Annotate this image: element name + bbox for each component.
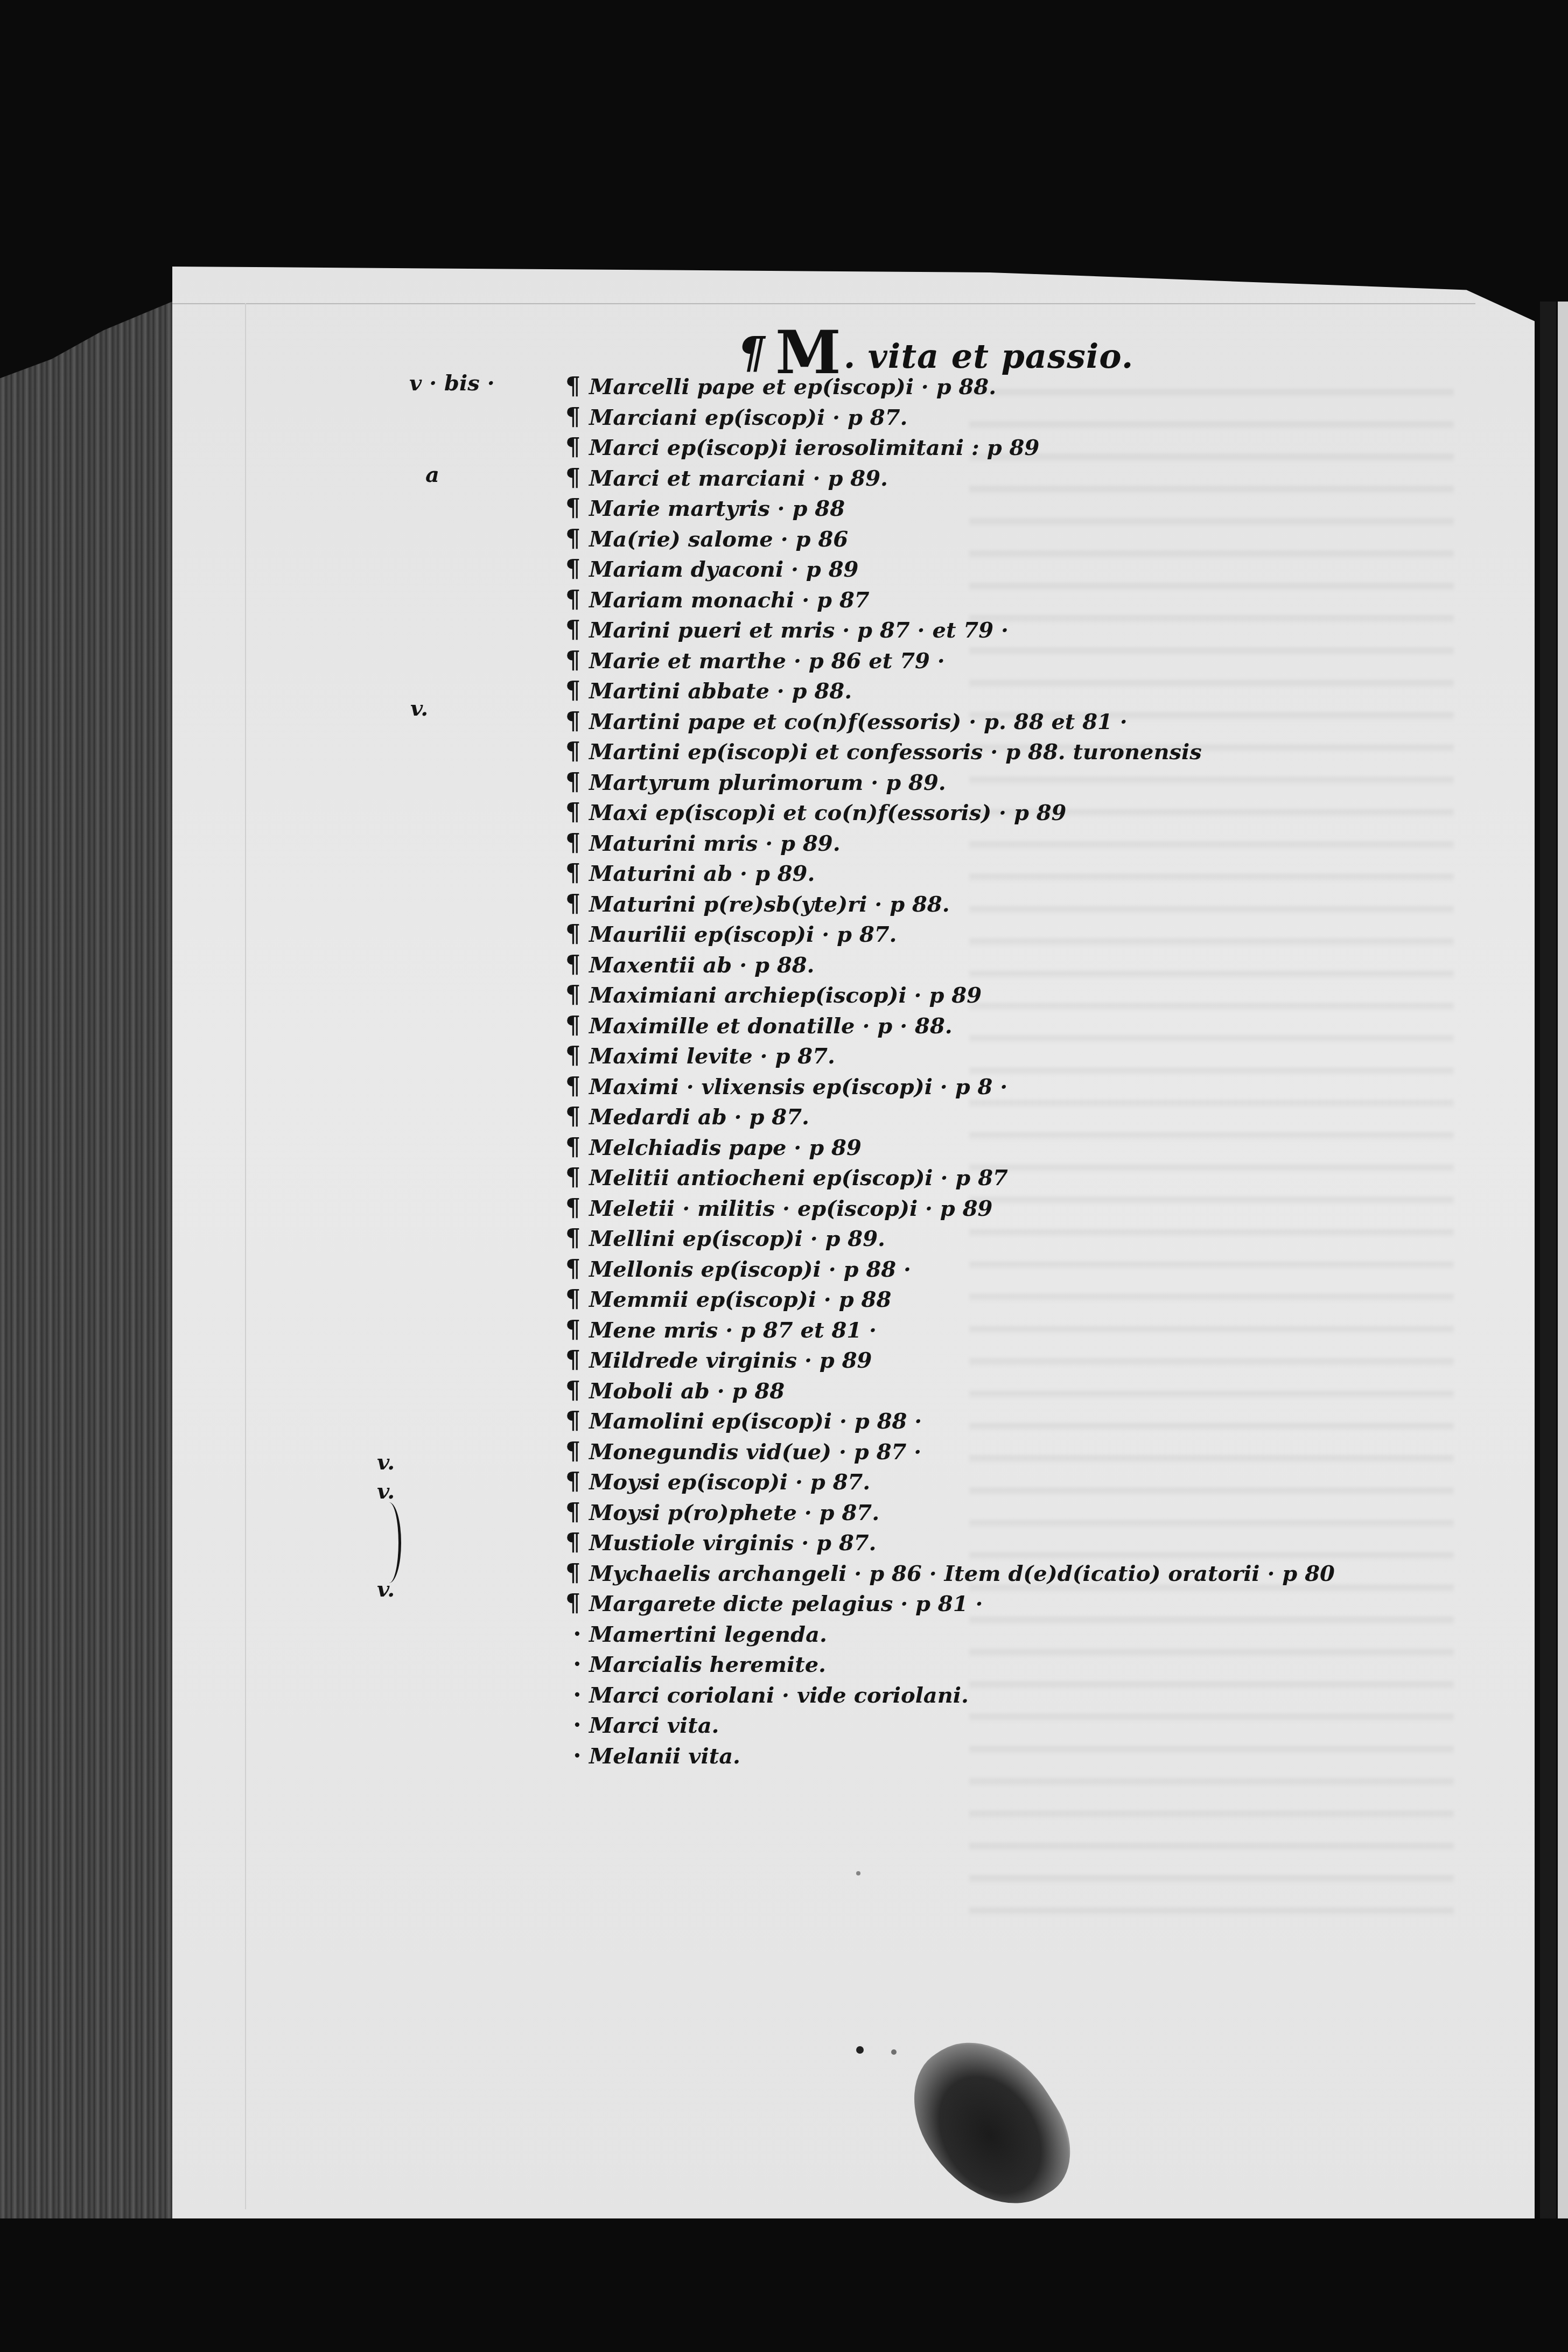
pilcrow-icon: ¶	[565, 1497, 589, 1528]
index-entry: ¶Mychaelis archangeli · p 86 · Item d(e)…	[565, 1558, 1535, 1589]
index-entry: ¶Memmii ep(iscop)i · p 88	[565, 1284, 1535, 1315]
index-entry-added: ·Mamertini legenda.	[565, 1619, 1535, 1650]
entry-text: Marci coriolani · vide coriolani.	[589, 1683, 969, 1708]
index-entry: ¶Marciani ep(iscop)i · p 87.	[565, 402, 1535, 433]
entry-text: Marcelli pape et ep(iscop)i · p 88.	[589, 374, 996, 400]
pilcrow-icon: ¶	[565, 1558, 589, 1588]
index-entry: ¶Medardi ab · p 87.	[565, 1102, 1535, 1132]
entry-text: Martini ep(iscop)i et confessoris · p 88…	[589, 739, 1202, 765]
entry-text: Maturini mris · p 89.	[589, 831, 841, 856]
pilcrow-icon: ¶	[565, 1467, 589, 1497]
index-entry-added: ·Marci coriolani · vide coriolani.	[565, 1680, 1535, 1711]
entry-text: Maxi ep(iscop)i et co(n)f(essoris) · p 8…	[589, 800, 1066, 825]
pilcrow-icon: ¶	[565, 646, 589, 676]
margin-brace	[377, 1502, 401, 1583]
pilcrow-icon: ¶	[565, 585, 589, 615]
pilcrow-icon: ¶	[565, 432, 589, 463]
index-entry: ¶Mildrede virginis · p 89	[565, 1345, 1535, 1376]
entry-text: Moysi ep(iscop)i · p 87.	[589, 1469, 870, 1495]
pilcrow-icon: ¶	[565, 493, 589, 523]
entry-text: Maximille et donatille · p · 88.	[589, 1013, 953, 1039]
index-entry: ¶Mene mris · p 87 et 81 ·	[565, 1315, 1535, 1346]
entry-text: Mustiole virginis · p 87.	[589, 1530, 877, 1556]
entry-text: Ma(rie) salome · p 86	[589, 527, 848, 552]
entry-text: Martini pape et co(n)f(essoris) · p. 88 …	[589, 709, 1128, 734]
pilcrow-icon: ¶	[565, 1072, 589, 1102]
facing-page-shadow	[1540, 302, 1556, 2218]
index-entry: ¶Mellini ep(iscop)i · p 89.	[565, 1223, 1535, 1254]
index-entry: ¶Marini pueri et mris · p 87 · et 79 ·	[565, 615, 1535, 646]
index-entry: ¶Mariam monachi · p 87	[565, 585, 1535, 615]
entry-text: Melanii vita.	[589, 1744, 740, 1769]
entry-text: Maximi levite · p 87.	[589, 1044, 835, 1069]
margin-note-martini: v.	[410, 696, 428, 721]
entry-text: Monegundis vid(ue) · p 87 ·	[589, 1439, 921, 1465]
index-entry: ¶Monegundis vid(ue) · p 87 ·	[565, 1437, 1535, 1467]
entry-text: Maurilii ep(iscop)i · p 87.	[589, 922, 897, 947]
index-entry: ¶Moboli ab · p 88	[565, 1376, 1535, 1406]
pilcrow-icon: ¶	[565, 554, 589, 584]
pilcrow-icon: ¶	[565, 615, 589, 645]
index-entry: ¶Martyrum plurimorum · p 89.	[565, 767, 1535, 798]
entry-text: Marie martyris · p 88	[589, 496, 845, 521]
index-entry: ¶Mamolini ep(iscop)i · p 88 ·	[565, 1406, 1535, 1437]
entry-text: Maturini ab · p 89.	[589, 861, 815, 886]
pilcrow-icon: ¶	[565, 889, 589, 919]
index-entry: ¶Mariam dyaconi · p 89	[565, 554, 1535, 585]
index-entry: ¶Meletii · militis · ep(iscop)i · p 89	[565, 1193, 1535, 1224]
pilcrow-icon: ¶	[565, 767, 589, 797]
index-entry: ¶Melchiadis pape · p 89	[565, 1132, 1535, 1163]
entry-text: Marciani ep(iscop)i · p 87.	[589, 405, 907, 430]
entry-text: Melitii antiocheni ep(iscop)i · p 87	[589, 1165, 1008, 1191]
bullet-dot-icon: ·	[565, 1619, 589, 1649]
index-entry: ¶Maximiani archiep(iscop)i · p 89	[565, 980, 1535, 1011]
margin-note-margarete: v.	[377, 1450, 395, 1475]
entry-text: Moysi p(ro)phete · p 87.	[589, 1500, 879, 1525]
entry-text: Martyrum plurimorum · p 89.	[589, 770, 946, 795]
entry-text: Margarete dicte pelagius · p 81 ·	[589, 1591, 983, 1616]
index-entry: ¶Moysi ep(iscop)i · p 87.	[565, 1467, 1535, 1497]
entry-text: Marci ep(iscop)i ierosolimitani : p 89	[589, 435, 1039, 460]
pilcrow-icon: ¶	[565, 1254, 589, 1284]
pilcrow-icon: ¶	[565, 1223, 589, 1254]
index-entry: ¶Maximi · vlixensis ep(iscop)i · p 8 ·	[565, 1072, 1535, 1102]
entry-text: Maximiani archiep(iscop)i · p 89	[589, 983, 982, 1008]
index-entry: ¶Maurilii ep(iscop)i · p 87.	[565, 919, 1535, 950]
pilcrow-icon: ¶	[565, 1376, 589, 1406]
entry-text: Maximi · vlixensis ep(iscop)i · p 8 ·	[589, 1074, 1007, 1100]
pilcrow-icon: ¶	[565, 463, 589, 493]
entry-text: Maturini p(re)sb(yte)ri · p 88.	[589, 892, 950, 917]
index-entry: ¶Martini pape et co(n)f(essoris) · p. 88…	[565, 706, 1535, 737]
index-entry: ¶Martini abbate · p 88.	[565, 676, 1535, 706]
index-entry: ¶Martini ep(iscop)i et confessoris · p 8…	[565, 737, 1535, 767]
entry-text: Mildrede virginis · p 89	[589, 1348, 872, 1373]
bullet-dot-icon: ·	[565, 1680, 589, 1710]
entry-text: Marie et marthe · p 86 et 79 ·	[589, 648, 945, 674]
pilcrow-icon: ¶	[565, 402, 589, 432]
pilcrow-icon: ¶	[565, 676, 589, 706]
pilcrow-icon: ¶	[565, 1345, 589, 1375]
pilcrow-icon: ¶	[565, 1163, 589, 1193]
index-entry: ¶Maxi ep(iscop)i et co(n)f(essoris) · p …	[565, 797, 1535, 828]
index-entry: ¶Marcelli pape et ep(iscop)i · p 88.	[565, 372, 1535, 402]
pilcrow-icon: ¶	[565, 1406, 589, 1436]
index-entry: ¶Maturini p(re)sb(yte)ri · p 88.	[565, 889, 1535, 920]
entry-text: Marci vita.	[589, 1713, 719, 1738]
ink-speck	[856, 1871, 860, 1875]
index-entry-added: ·Marci vita.	[565, 1710, 1535, 1741]
index-entry: ¶Maturini ab · p 89.	[565, 858, 1535, 889]
index-entry: ¶Marci ep(iscop)i ierosolimitani : p 89	[565, 432, 1535, 463]
pilcrow-icon: ¶	[565, 1315, 589, 1345]
entry-text: Mene mris · p 87 et 81 ·	[589, 1318, 877, 1343]
entry-text: Mellonis ep(iscop)i · p 88 ·	[589, 1257, 911, 1282]
index-entry-added: ·Melanii vita.	[565, 1741, 1535, 1772]
pilcrow-icon: ¶	[565, 919, 589, 949]
pilcrow-icon: ¶	[565, 980, 589, 1010]
bullet-dot-icon: ·	[565, 1741, 589, 1771]
index-entry: ¶Margarete dicte pelagius · p 81 ·	[565, 1588, 1535, 1619]
pilcrow-icon: ¶	[565, 1437, 589, 1467]
index-entry: ¶Marie et marthe · p 86 et 79 ·	[565, 646, 1535, 676]
index-entry: ¶Maturini mris · p 89.	[565, 828, 1535, 859]
entry-text: Martini abbate · p 88.	[589, 678, 852, 704]
entry-text: Melchiadis pape · p 89	[589, 1135, 862, 1160]
margin-note-melanii: v.	[377, 1577, 395, 1602]
index-entry-added: ·Marcialis heremite.	[565, 1649, 1535, 1680]
pilcrow-icon: ¶	[565, 524, 589, 554]
margin-note-top: v · bis ·	[409, 370, 495, 396]
pilcrow-icon: ¶	[565, 828, 589, 858]
index-entry: ¶Melitii antiocheni ep(iscop)i · p 87	[565, 1163, 1535, 1193]
index-entry: ¶Moysi p(ro)phete · p 87.	[565, 1497, 1535, 1528]
index-entry: ¶Marci et marciani · p 89.	[565, 463, 1535, 494]
pilcrow-icon: ¶	[738, 327, 766, 378]
entry-text: Mamolini ep(iscop)i · p 88 ·	[589, 1409, 922, 1434]
index-entry: ¶Mellonis ep(iscop)i · p 88 ·	[565, 1254, 1535, 1285]
pilcrow-icon: ¶	[565, 372, 589, 402]
entry-text: Meletii · militis · ep(iscop)i · p 89	[589, 1196, 992, 1221]
pilcrow-icon: ¶	[565, 1132, 589, 1163]
top-ruling-line	[172, 303, 1475, 304]
entry-text: Mamertini legenda.	[589, 1622, 827, 1647]
pilcrow-icon: ¶	[565, 1528, 589, 1558]
index-entry: ¶Maximille et donatille · p · 88.	[565, 1011, 1535, 1041]
pilcrow-icon: ¶	[565, 737, 589, 767]
entry-text: Mychaelis archangeli · p 86 · Item d(e)d…	[589, 1561, 1335, 1586]
bullet-dot-icon: ·	[565, 1710, 589, 1740]
pilcrow-icon: ¶	[565, 1011, 589, 1041]
pilcrow-icon: ¶	[565, 1102, 589, 1132]
index-entry: ¶Ma(rie) salome · p 86	[565, 524, 1535, 555]
pilcrow-icon: ¶	[565, 706, 589, 737]
entry-text: Maxentii ab · p 88.	[589, 953, 815, 978]
saints-index-list: ¶Marcelli pape et ep(iscop)i · p 88. ¶Ma…	[565, 372, 1535, 1771]
pilcrow-icon: ¶	[565, 797, 589, 828]
pilcrow-icon: ¶	[565, 1041, 589, 1071]
ink-speck	[891, 2049, 897, 2055]
entry-text: Marcialis heremite.	[589, 1652, 826, 1677]
entry-text: Marini pueri et mris · p 87 · et 79 ·	[589, 618, 1009, 643]
index-entry: ¶Marie martyris · p 88	[565, 493, 1535, 524]
pilcrow-icon: ¶	[565, 1284, 589, 1314]
pilcrow-icon: ¶	[565, 1193, 589, 1223]
heading-text: . vita et passio.	[844, 337, 1134, 376]
entry-text: Memmii ep(iscop)i · p 88	[589, 1287, 891, 1312]
entry-text: Mariam dyaconi · p 89	[589, 557, 858, 582]
ink-speck	[856, 2046, 864, 2054]
entry-text: Medardi ab · p 87.	[589, 1104, 809, 1130]
index-entry: ¶Maxentii ab · p 88.	[565, 950, 1535, 981]
index-entry: ¶Maximi levite · p 87.	[565, 1041, 1535, 1072]
left-margin-ruling	[245, 303, 246, 2209]
pilcrow-icon: ¶	[565, 950, 589, 980]
entry-text: Marci et marciani · p 89.	[589, 466, 888, 491]
index-entry: ¶Mustiole virginis · p 87.	[565, 1528, 1535, 1558]
pilcrow-icon: ¶	[565, 1588, 589, 1619]
margin-note-mamertini: v.	[377, 1479, 395, 1504]
entry-text: Mellini ep(iscop)i · p 89.	[589, 1226, 885, 1251]
bullet-dot-icon: ·	[565, 1649, 589, 1679]
pilcrow-icon: ¶	[565, 858, 589, 888]
book-text-block-edge	[0, 302, 172, 2218]
entry-text: Moboli ab · p 88	[589, 1378, 785, 1404]
entry-text: Mariam monachi · p 87	[589, 587, 870, 613]
facing-page-strip	[1558, 302, 1568, 2218]
margin-note-marci: a	[425, 462, 439, 487]
